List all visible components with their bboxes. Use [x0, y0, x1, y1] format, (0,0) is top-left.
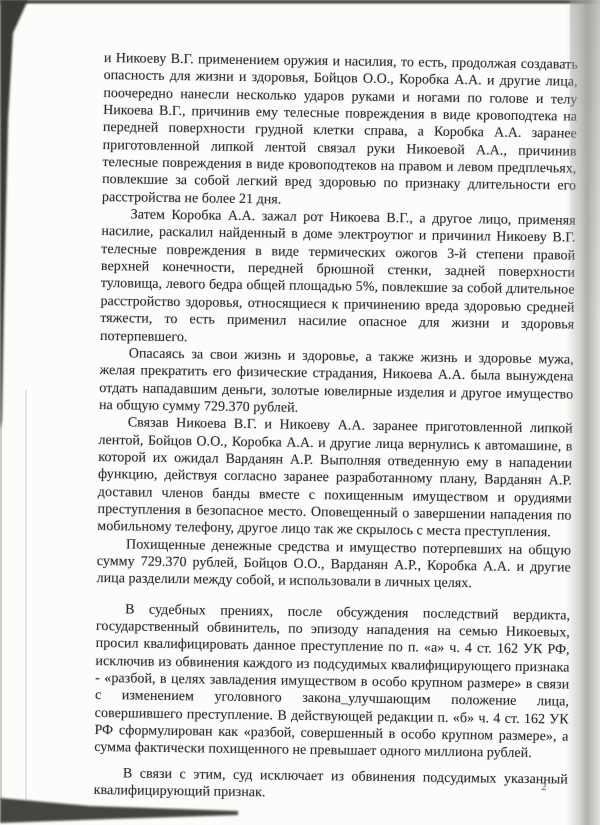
paragraph: В связи с этим, суд исключает из обвинен… — [94, 765, 568, 806]
page-edge-shadow-right-top — [570, 0, 600, 320]
paragraph: и Никоеву В.Г. применением оружия и наси… — [102, 50, 578, 213]
paragraph: Опасаясь за свои жизнь и здоровье, а так… — [99, 345, 574, 421]
document-body: и Никоеву В.Г. применением оружия и наси… — [94, 50, 578, 806]
paragraph: Похищенные денежные средства и имущество… — [96, 536, 571, 595]
paragraph: Связав Никоева В.Г. и Никоеву А.А. заран… — [97, 414, 573, 542]
scanned-court-document-page: { "page": { "number": "2", "language": "… — [0, 0, 600, 825]
paragraph: Затем Коробка А.А. зажал рот Никоева В.Г… — [100, 206, 576, 351]
paragraph: В судебных прениях, после обсуждения пос… — [94, 601, 570, 764]
page-number: 2 — [541, 781, 547, 793]
